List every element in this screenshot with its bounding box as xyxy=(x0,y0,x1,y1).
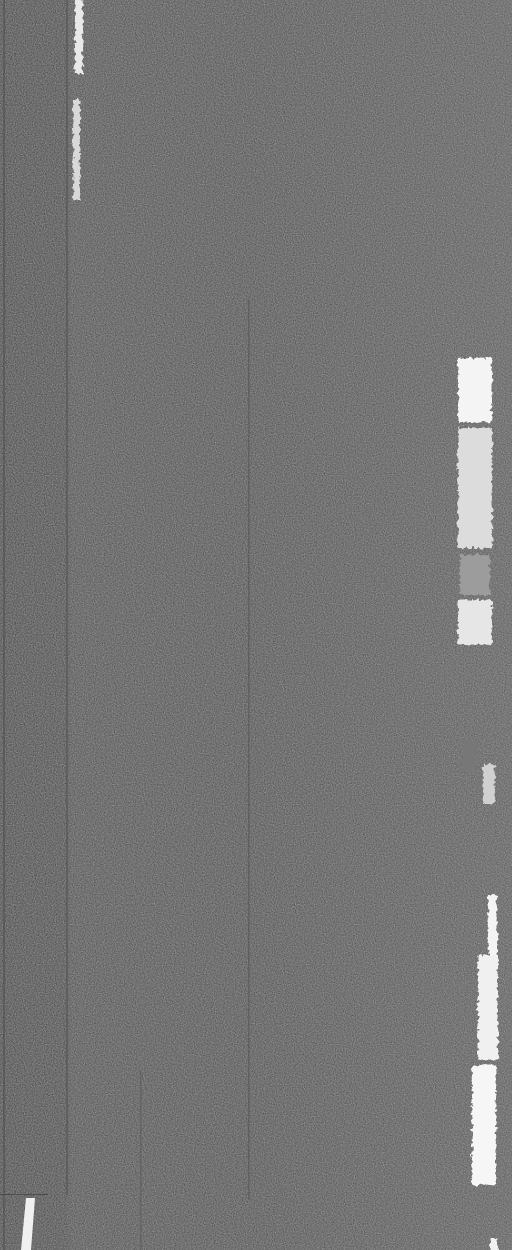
road-surface-image xyxy=(0,0,512,1250)
pavement-crack xyxy=(140,1070,142,1250)
road-svg xyxy=(0,0,512,1250)
left-shoulder-seam xyxy=(66,0,68,1195)
pavement-crack xyxy=(248,300,250,1200)
left-edge-seam xyxy=(3,0,5,1250)
right-lane-marking-upper xyxy=(458,358,492,645)
